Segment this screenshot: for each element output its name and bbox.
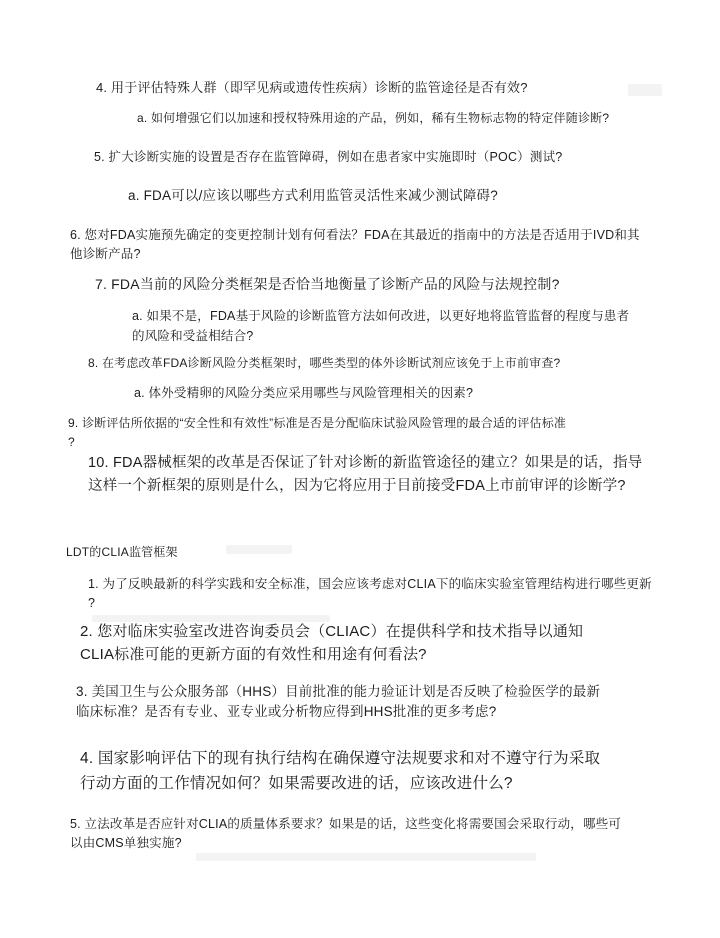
question-fda-7a: a. 如果不是，FDA基于风险的诊断监管方法如何改进，以更好地将监管监督的程度与… [132,306,692,346]
question-fda-8: 8. 在考虑改革FDA诊断风险分类框架时，哪些类型的体外诊断试剂应该免于上市前审… [88,354,560,372]
section-heading-clia-framework: LDT的CLIA监管框架 [66,543,178,561]
question-fda-4a: a. 如何增强它们以加速和授权特殊用途的产品，例如，稀有生物标志物的特定伴随诊断… [137,109,609,127]
question-fda-9: 9. 诊断评估所依据的“安全性和有效性”标准是否是分配临床试验风险管理的最合适的… [68,414,678,452]
question-fda-4: 4. 用于评估特殊人群（即罕见病或遗传性疾病）诊断的监管途径是否有效? [96,78,528,97]
question-fda-6: 6. 您对FDA实施预先确定的变更控制计划有何看法？FDA在其最近的指南中的方法… [70,226,680,264]
question-clia-5: 5. 立法改革是否应针对CLIA的质量体系要求？如果是的话，这些变化将需要国会采… [70,815,680,853]
question-fda-5a: a. FDA可以/应该以哪些方式利用监管灵活性来减少测试障碍? [128,186,498,206]
question-clia-4: 4. 国家影响评估下的现有执行结构在确保遵守法规要求和对不遵守行为采取 行动方面… [80,746,670,796]
question-fda-7: 7. FDA当前的风险分类框架是否恰当地衡量了诊断产品的风险与法规控制? [95,274,560,294]
question-fda-8a: a. 体外受精卵的风险分类应采用哪些与风险管理相关的因素? [134,384,473,403]
question-clia-1: 1. 为了反映最新的科学实践和安全标准，国会应该考虑对CLIA下的临床实验室管理… [88,575,668,613]
document-page: 4. 用于评估特殊人群（即罕见病或遗传性疾病）诊断的监管途径是否有效? a. 如… [0,0,720,938]
question-clia-2: 2. 您对临床实验室改进咨询委员会（CLIAC）在提供科学和技术指导以通知 CL… [80,620,670,666]
question-fda-5: 5. 扩大诊断实施的设置是否存在监管障碍，例如在患者家中实施即时（POC）测试? [94,148,562,167]
scan-artifact [226,545,292,554]
question-clia-3: 3. 美国卫生与公众服务部（HHS）目前批准的能力验证计划是否反映了检验医学的最… [76,682,666,722]
scan-artifact [196,853,536,861]
scan-artifact [628,84,662,96]
question-fda-10: 10. FDA器械框架的改革是否保证了针对诊断的新监管途径的建立？如果是的话，指… [88,452,663,498]
